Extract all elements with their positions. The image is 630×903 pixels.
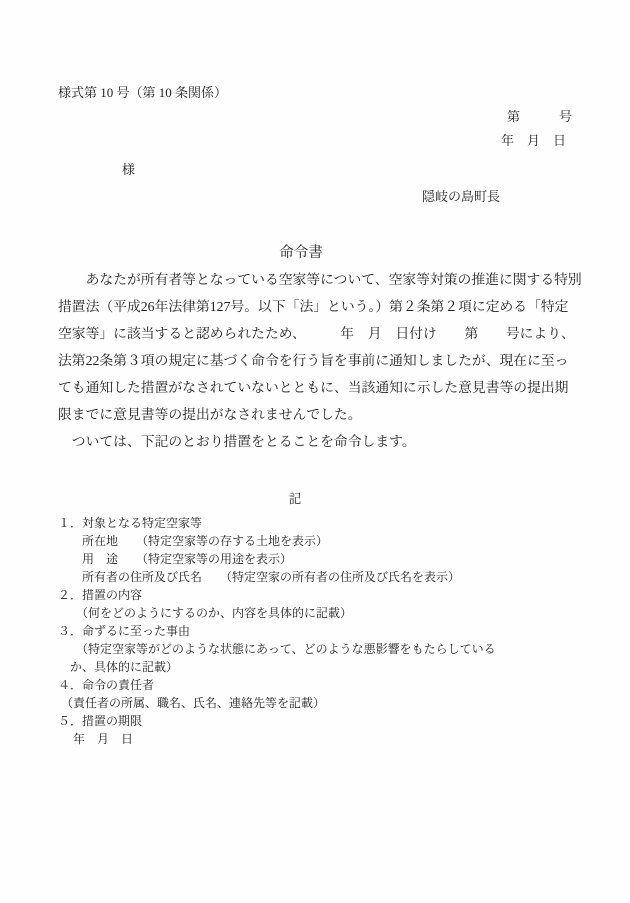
list-line-item-2: ２．措置の内容	[58, 586, 572, 604]
paragraph-line-3: 空家等」に該当すると認められたため、 年 月 日付け 第 号により、	[58, 320, 572, 347]
date-line: 年 月 日	[58, 133, 572, 148]
list-line-location: 所在地 （特定空家等の存する土地を表示）	[58, 532, 572, 550]
list-line-use: 用 途 （特定空家等の用途を表示）	[58, 550, 572, 568]
list-line-owner: 所有者の住所及び氏名 （特定空家の所有者の住所及び氏名を表示）	[58, 568, 572, 586]
addressee-line: 様	[58, 162, 572, 177]
document-number-line: 第 号	[58, 109, 572, 124]
document-title: 命令書	[58, 245, 572, 261]
list-line-item-3-note-1: （特定空家等がどのような状態にあって、どのような悪影響をもたらしている	[58, 640, 572, 658]
list-line-item-3: ３．命ずるに至った事由	[58, 622, 572, 640]
notes-list: １．対象となる特定空家等 所在地 （特定空家等の存する土地を表示） 用 途 （特…	[58, 514, 572, 748]
paragraph-line-6: 限までに意見書等の提出がなされませんでした。	[58, 401, 572, 428]
document-page: 様式第 10 号（第 10 条関係） 第 号 年 月 日 様 隠岐の島町長 命令…	[0, 0, 630, 903]
list-line-item-2-note: （何をどのようにするのか、内容を具体的に記載）	[58, 604, 572, 622]
sender-line: 隠岐の島町長	[58, 189, 572, 204]
paragraph-line-1: あなたが所有者等となっている空家等について、空家等対策の推進に関する特別	[58, 266, 572, 293]
body-paragraph-1: あなたが所有者等となっている空家等について、空家等対策の推進に関する特別 措置法…	[58, 266, 572, 428]
form-number: 様式第 10 号（第 10 条関係）	[58, 85, 572, 100]
list-line-item-5: ５．措置の期限	[58, 712, 572, 730]
list-line-item-4: ４．命令の責任者	[58, 676, 572, 694]
list-line-item-4-note: （責任者の所属、職名、氏名、連絡先等を記載）	[58, 694, 572, 712]
list-line-deadline-date: 年 月 日	[58, 730, 572, 748]
paragraph-line-4: 法第22条第３項の規定に基づく命令を行う旨を事前に通知しましたが、現在に至っ	[58, 347, 572, 374]
body-paragraph-2: ついては、下記のとおり措置をとることを命令します。	[58, 428, 572, 455]
list-line-item-1: １．対象となる特定空家等	[58, 514, 572, 532]
paragraph-line-2: 措置法（平成26年法律第127号。以下「法」という。）第２条第２項に定める「特定	[58, 293, 572, 320]
notes-heading: 記	[58, 492, 572, 506]
paragraph-line-5: ても通知した措置がなされていないとともに、当該通知に示した意見書等の提出期	[58, 374, 572, 401]
list-line-item-3-note-2: か、具体的に記載）	[58, 658, 572, 676]
